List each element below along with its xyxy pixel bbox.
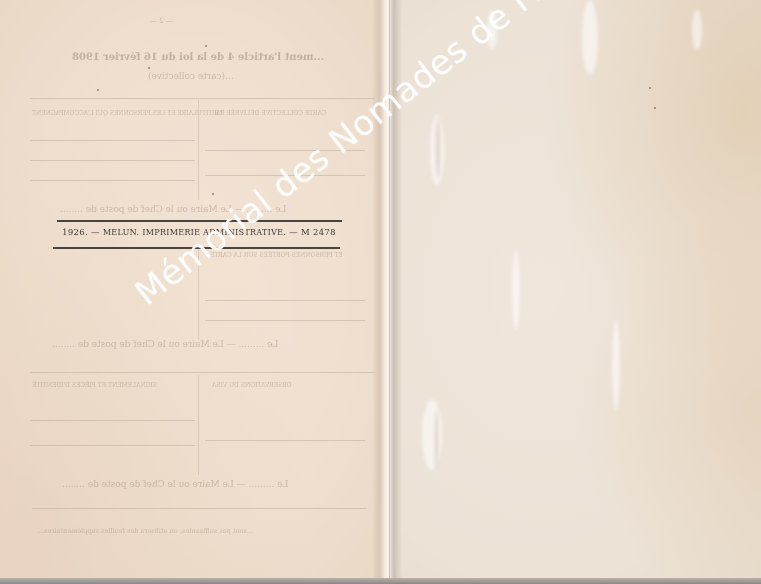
- bleed-rule: [205, 300, 365, 301]
- paper-speck: [205, 45, 207, 47]
- bleed-rule: [205, 320, 365, 321]
- bleed-column-header: CARTE COLLECTIVE DÉLIVRÉE PAR: [212, 110, 326, 117]
- bleed-rule: [32, 508, 367, 509]
- bleed-column-header: LE TITULAIRE ET LES PERSONNES QUI L'ACCO…: [32, 110, 223, 117]
- bleed-rule: [30, 180, 195, 181]
- bleed-rule: [30, 420, 195, 421]
- bleed-page-number: — 2 —: [150, 17, 173, 25]
- paper-crease: [422, 400, 442, 470]
- bleed-rule: [30, 372, 375, 373]
- bleed-note: Le ......... — Le Maire ou le Chef de po…: [62, 480, 288, 490]
- imprint-year: 1926.: [62, 228, 88, 238]
- imprint-city: MELUN.: [103, 228, 139, 237]
- paper-crease: [692, 10, 702, 50]
- bleed-column-header: SIGNALEMENT ET PIÈCES D'IDENTITÉ: [32, 382, 157, 389]
- paper-speck: [649, 87, 651, 89]
- scan-bottom-edge: [0, 578, 761, 584]
- bleed-note: Le ......... — Le Maire ou le Chef de po…: [52, 340, 278, 350]
- imprint-dash: —: [289, 228, 298, 238]
- bleed-rule: [30, 98, 375, 99]
- paper-crease: [582, 0, 598, 75]
- left-page: — 2 — ...ment l'article 4 de la loi du 1…: [0, 0, 392, 580]
- bleed-rule: [30, 445, 195, 446]
- bleed-column-header: OBSERVATIONS DU VISA: [212, 382, 292, 389]
- paper-crease: [612, 320, 620, 410]
- imprint-dash: —: [91, 228, 100, 238]
- document-spread: — 2 — ...ment l'article 4 de la loi du 1…: [0, 0, 761, 584]
- paper-crease: [512, 250, 520, 330]
- paper-speck: [654, 107, 656, 109]
- bleed-header-title: ...ment l'article 4 de la loi du 16 févr…: [72, 52, 324, 63]
- paper-speck: [97, 89, 99, 91]
- bleed-header-subtitle: ...(carte collective): [148, 72, 234, 82]
- paper-speck: [148, 67, 150, 69]
- bleed-rule: [205, 440, 365, 441]
- paper-crease: [436, 118, 440, 178]
- bleed-rule: [30, 140, 195, 141]
- imprint-top-rule: [57, 220, 342, 222]
- paper-speck: [212, 193, 214, 195]
- imprint-reference: M 2478: [301, 228, 336, 238]
- paper-crease: [435, 410, 438, 470]
- bleed-column-divider: [198, 375, 199, 475]
- bleed-rule: [30, 160, 195, 161]
- right-page: [392, 0, 761, 580]
- bleed-footer-note: ...sont pas suffisantes, on utilisera de…: [38, 527, 253, 535]
